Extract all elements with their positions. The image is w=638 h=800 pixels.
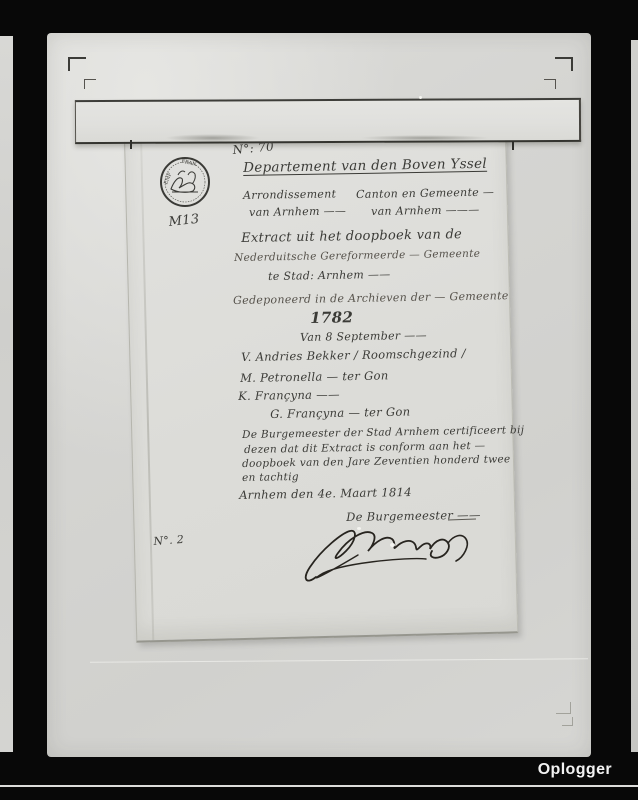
alignment-tick-right bbox=[512, 141, 514, 150]
oplogger-watermark: Oplogger bbox=[538, 761, 612, 779]
empire-francais-stamp-icon: EMP FRAN bbox=[158, 155, 212, 209]
microfilm-scan-viewer: EMP FRAN M13 N°: 70 Departement van den … bbox=[0, 0, 638, 800]
paper-fold-crease bbox=[140, 128, 155, 640]
corner-mark-top-left bbox=[68, 57, 86, 71]
document-press-bar bbox=[75, 98, 581, 144]
previous-frame-edge bbox=[0, 36, 13, 752]
emulsion-speck bbox=[357, 527, 361, 530]
corner-mark-top-left-inner bbox=[84, 79, 96, 89]
bar-shadow-smudge bbox=[165, 134, 260, 142]
corner-mark-top-right bbox=[555, 57, 573, 71]
next-frame-edge bbox=[631, 40, 638, 752]
corner-mark-bottom-right bbox=[556, 702, 571, 714]
film-base-line bbox=[0, 785, 638, 787]
seated-figures-glyph bbox=[171, 178, 195, 192]
bar-shadow-smudge bbox=[360, 135, 490, 141]
stamp-rim-text-left: EMP bbox=[163, 171, 173, 185]
alignment-tick-left bbox=[130, 140, 132, 149]
emulsion-speck bbox=[390, 543, 395, 547]
corner-mark-top-right-inner bbox=[544, 79, 556, 89]
emulsion-speck bbox=[419, 96, 422, 99]
corner-mark-bottom-right-inner bbox=[562, 717, 573, 726]
